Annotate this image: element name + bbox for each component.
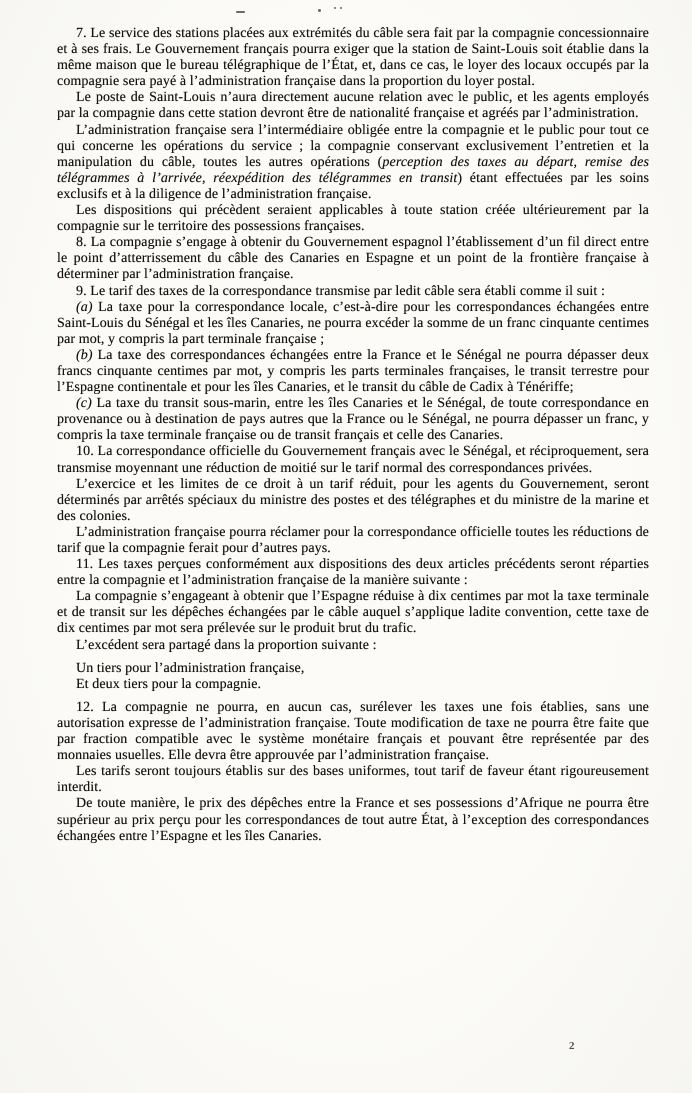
- paragraph: 9. Le tarif des taxes de la correspondan…: [57, 284, 649, 300]
- body-text: Le poste de Saint-Louis n’aura directeme…: [57, 90, 649, 121]
- italic-text: (a): [76, 300, 93, 315]
- scan-ink-smudge: 2: [569, 1040, 575, 1052]
- body-text: Les dispositions qui précèdent seraient …: [57, 203, 649, 234]
- body-text: Et deux tiers pour la compagnie.: [76, 677, 261, 692]
- body-text: 10. La correspondance officielle du Gouv…: [57, 444, 649, 475]
- body-text: Un tiers pour l’administration française…: [76, 661, 304, 676]
- paragraph: Les dispositions qui précèdent seraient …: [57, 203, 649, 235]
- paragraph: L’administration française sera l’interm…: [57, 123, 649, 203]
- paragraph: Les tarifs seront toujours établis sur d…: [57, 764, 649, 796]
- body-text: Les tarifs seront toujours établis sur d…: [57, 764, 649, 795]
- body-text: L’administration française pourra réclam…: [57, 525, 649, 556]
- paragraph: 7. Le service des stations placées aux e…: [57, 26, 649, 90]
- paragraph: De toute manière, le prix des dépêches e…: [57, 796, 649, 844]
- italic-text: (c): [76, 396, 92, 411]
- body-text: La taxe du transit sous-marin, entre les…: [57, 396, 649, 443]
- paragraph: (c) La taxe du transit sous-marin, entre…: [57, 396, 649, 444]
- paragraph: 8. La compagnie s’engage à obtenir du Go…: [57, 235, 649, 283]
- paragraph: Le poste de Saint-Louis n’aura directeme…: [57, 90, 649, 122]
- body-text: 9. Le tarif des taxes de la correspondan…: [76, 284, 605, 299]
- paragraph: La compagnie s’engageant à obtenir que l…: [57, 589, 649, 637]
- paragraph: Un tiers pour l’administration française…: [57, 661, 649, 677]
- paragraph: Et deux tiers pour la compagnie.: [57, 677, 649, 693]
- body-text: 11. Les taxes perçues conformément aux d…: [57, 557, 649, 588]
- paragraph: (b) La taxe des correspondances échangée…: [57, 348, 649, 396]
- body-text: La compagnie s’engageant à obtenir que l…: [57, 589, 649, 636]
- body-text: L’excédent sera partagé dans la proporti…: [76, 638, 377, 653]
- italic-text: (b): [76, 348, 93, 363]
- paragraph: L’exercice et les limites de ce droit à …: [57, 477, 649, 525]
- scan-speck-dash-icon: [236, 11, 245, 13]
- body-text: 8. La compagnie s’engage à obtenir du Go…: [57, 235, 649, 282]
- body-text: 12. La compagnie ne pourra, en aucun cas…: [57, 700, 649, 763]
- body-text: 7. Le service des stations placées aux e…: [57, 26, 649, 89]
- scan-speck-dot-icon: [334, 7, 336, 9]
- paragraph: 12. La compagnie ne pourra, en aucun cas…: [57, 700, 649, 764]
- body-text: L’exercice et les limites de ce droit à …: [57, 477, 649, 524]
- scan-speck-dot-icon: [340, 7, 342, 9]
- body-text: La taxe des correspondances échangées en…: [57, 348, 649, 395]
- body-text: La taxe pour la correspondance locale, c…: [57, 300, 649, 347]
- paragraph: L’excédent sera partagé dans la proporti…: [57, 638, 649, 654]
- scan-speck-dot-icon: [318, 9, 321, 12]
- page-text: 7. Le service des stations placées aux e…: [57, 26, 649, 845]
- paragraph: L’administration française pourra réclam…: [57, 525, 649, 557]
- paragraph: 10. La correspondance officielle du Gouv…: [57, 444, 649, 476]
- page: { "artifacts": { "specks": ["dash", "dot…: [0, 0, 692, 1093]
- paragraph: (a) La taxe pour la correspondance local…: [57, 300, 649, 348]
- body-text: De toute manière, le prix des dépêches e…: [57, 796, 649, 843]
- paragraph: 11. Les taxes perçues conformément aux d…: [57, 557, 649, 589]
